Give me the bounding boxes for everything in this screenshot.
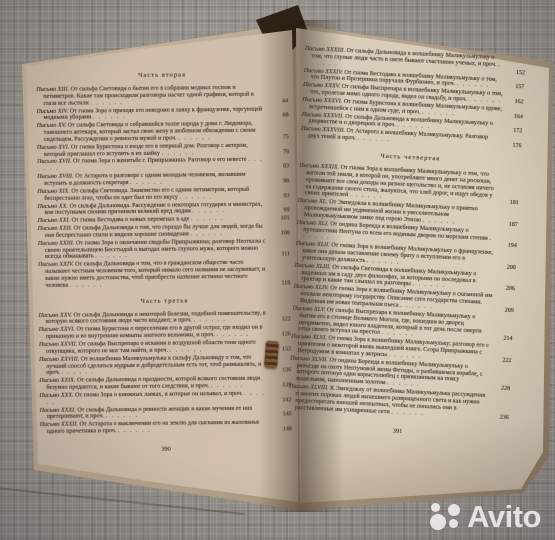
toc-entry-page: 172	[513, 128, 522, 135]
leader-dots-icon: . . . . . .	[178, 135, 211, 141]
toc-entry-page: 194	[508, 243, 517, 250]
toc-entry-label: Письмо XXVII.	[39, 342, 79, 348]
leader-dots-icon: . . . . . .	[397, 123, 430, 131]
leader-dots-icon: . . . . . .	[387, 381, 420, 389]
leader-dots-icon: . . . . . .	[357, 136, 390, 144]
leader-dots-icon: . . . . . .	[62, 370, 95, 376]
leader-dots-icon: . . . . . .	[311, 60, 501, 68]
toc-entry-label: Письмо XLVII.	[290, 355, 329, 363]
avito-dots-icon	[430, 501, 461, 532]
leader-dots-icon: . . . . . .	[303, 234, 493, 242]
toc-entry-label: Письмо XLV.	[292, 306, 327, 314]
toc-entry: Письмо XX. От сильфа Дальновида. Рассужд…	[37, 201, 289, 217]
toc-entry-page: 157	[515, 84, 524, 91]
toc-entry-label: Письмо XVII.	[37, 159, 73, 165]
leader-dots-icon: . . . . . .	[388, 352, 421, 360]
toc-entry-label: Письмо XVI.	[37, 144, 71, 150]
toc-entry: Письмо XXVII. От сильфа Выспрепара о иск…	[39, 339, 291, 355]
toc-entry-label: Письмо XLI.	[297, 220, 331, 228]
toc-entry-label: Письмо XL.	[298, 198, 330, 205]
toc-entry-page: 164	[514, 114, 523, 121]
toc-entry-text: Письмо XXX. От гнома Зора о книжных лавк…	[39, 390, 270, 406]
toc-entry-page: 111	[281, 252, 290, 259]
toc-column-left: Часть втораяПисьмо XIII. От сильфа Свето…	[36, 61, 292, 454]
toc-entry-page: 126	[282, 332, 291, 339]
toc-entry-page: 90	[283, 178, 289, 185]
leader-dots-icon: . . . . . .	[95, 253, 128, 259]
toc-entry: Письмо XXII. От сильфа Дальновида о том,…	[38, 223, 290, 239]
toc-entry-label: Письмо XXXIII.	[305, 46, 347, 54]
toc-entry-text: Письмо XVII. От гнома Зора о женитьбе г.…	[37, 157, 268, 173]
toc-entry: Письмо XV. От сильфа Световида о собравш…	[37, 121, 289, 144]
toc-entry-page: 228	[501, 386, 510, 393]
toc-entry-page: 206	[506, 286, 515, 293]
leader-dots-icon: . . . . . .	[193, 317, 226, 323]
leader-dots-icon: . . . . . .	[400, 303, 433, 311]
leader-dots-icon: . . . . . .	[191, 216, 224, 222]
leader-dots-icon: . . . . . .	[170, 347, 203, 353]
leader-dots-icon: . . . . . .	[423, 218, 456, 226]
leader-dots-icon: . . . . . .	[70, 282, 103, 288]
toc-entry-page: 236	[500, 414, 509, 421]
toc-entry-page: 64	[282, 98, 288, 105]
toc-section-heading: Часть вторая	[36, 70, 288, 81]
toc-entry-text: Письмо XX. От сильфа Дальновида. Рассужд…	[37, 201, 268, 217]
toc-entry-label: Письмо XXXV.	[303, 82, 342, 90]
leader-dots-icon: . . . . . .	[381, 330, 414, 338]
toc-entry-text: Письмо XXXII. От Астарота о выключении е…	[40, 420, 271, 436]
toc-entry-page: 162	[514, 99, 523, 106]
toc-entry-label: Письмо XXXVII.	[302, 112, 346, 120]
toc-entry-label: Письмо XIV.	[36, 108, 69, 114]
toc-entry: Письмо XXVI. От гнома Буристона о пересе…	[39, 325, 291, 341]
toc-entry-label: Письмо XXIV.	[38, 262, 75, 268]
leader-dots-icon: . . . . . .	[179, 194, 212, 200]
toc-entry-page: 222	[502, 358, 511, 365]
leader-dots-icon: . . . . . .	[130, 180, 163, 186]
toc-entry: Письмо XXVIII. От волшебника Маликульмул…	[39, 354, 291, 377]
toc-entry-label: Письмо XXXII.	[40, 422, 80, 428]
toc-entry-label: Письмо XXXVIII.	[301, 126, 347, 134]
toc-entry-page: 101	[281, 216, 290, 223]
toc-entry: Письмо XIII. От сильфа Световида о бытии…	[36, 84, 288, 107]
leader-dots-icon: . . . . . .	[90, 100, 123, 106]
toc-entry: Письмо XVII. От гнома Зора о женитьбе г.…	[37, 157, 289, 173]
leader-dots-icon: . . . . . .	[190, 231, 223, 237]
toc-entry-page: 176	[512, 143, 521, 150]
toc-entry: Письмо XXIV. От сильфа Дальновида о том,…	[38, 260, 290, 290]
toc-entry-label: Письмо XLII.	[296, 241, 332, 249]
toc-entry-label: Письмо XXX.	[39, 393, 75, 399]
toc-entry-label: Письмо XV.	[37, 123, 68, 129]
toc-entry-label: Письмо XXXVI.	[302, 97, 344, 105]
toc-entry-label: Письмо XLIV.	[293, 284, 330, 292]
toc-entry-text: Письмо XIX. От сильфа Световида. Знакомс…	[37, 186, 268, 202]
leader-dots-icon: . . . . . .	[391, 409, 424, 417]
toc-entry: Письмо XVIII. От Астарота о разговоре с …	[37, 171, 289, 187]
toc-entry-label: Письмо XXXIV.	[304, 68, 345, 76]
toc-entry-text: Письмо XXV. От сильфа Дальновида о некот…	[39, 310, 270, 326]
toc-entry-text: Письмо XXIII. От гнома Зора о окончании …	[38, 238, 269, 261]
toc-entry: Письмо XXXII. От Астарота о выключении е…	[40, 420, 292, 436]
toc-entry-page: 187	[509, 222, 518, 229]
toc-entry-page: 118	[281, 280, 290, 287]
toc-entry-label: Письмо XXIX.	[39, 378, 77, 384]
toc-entry: Письмо XXX. От гнома Зора о книжных лавк…	[39, 390, 291, 406]
toc-entry-text: Письмо XXXI. От сильфа Дальновида о ревн…	[40, 405, 271, 421]
toc-entry-text: Письмо XIII. От сильфа Световида о бытии…	[36, 85, 267, 108]
toc-entry-page: 93	[283, 193, 289, 200]
toc-entry-text: Письмо XXIV. От сильфа Дальновида о том,…	[38, 260, 269, 290]
toc-entry-text: Письмо XXVIII. От волшебника Маликульмул…	[39, 354, 270, 377]
toc-entry-label: Письмо XXVIII.	[39, 356, 81, 362]
leader-dots-icon: . . . . . .	[118, 428, 151, 434]
leader-dots-icon: . . . . . .	[44, 157, 263, 172]
toc-entry-label: Письмо XXXI.	[40, 407, 78, 413]
leader-dots-icon: . . . . . .	[106, 413, 139, 419]
toc-entry-page: 79	[283, 149, 289, 156]
toc-entry: Письмо XIX. От сильфа Световида. Знакомс…	[37, 186, 289, 202]
toc-entry-label: Письмо XXI.	[38, 218, 72, 224]
leader-dots-icon: . . . . . .	[216, 332, 249, 338]
toc-entry-page: 122	[282, 317, 291, 324]
toc-entry-page: 209	[505, 308, 514, 315]
leader-dots-icon: . . . . . .	[211, 383, 244, 389]
toc-entry-page: 75	[283, 134, 289, 141]
toc-column-right: Письмо XXXIII. От сильфа Дальновида к во…	[287, 46, 526, 439]
toc-entry-text: Письмо XIV. От гнома Зора о приходе его …	[36, 106, 267, 122]
toc-entry: Письмо XXIX. От сильфа Дальновида о праз…	[39, 376, 291, 392]
leader-dots-icon: . . . . . .	[350, 193, 383, 201]
leader-dots-icon: . . . . . .	[457, 82, 490, 90]
leader-dots-icon: . . . . . .	[47, 391, 266, 406]
leader-dots-icon: . . . . . .	[367, 258, 400, 266]
leader-dots-icon: . . . . . .	[412, 282, 445, 290]
leader-dots-icon: . . . . . .	[192, 208, 225, 214]
toc-entry-text: Письмо XV. От сильфа Световида о собравш…	[37, 121, 268, 144]
toc-entry-text: Письмо XXII. От сильфа Дальновида о том,…	[38, 224, 269, 240]
toc-entry-page: 200	[507, 265, 516, 272]
toc-entry-page: 152	[516, 70, 525, 77]
toc-entry-label: Письмо XXV.	[39, 312, 74, 318]
toc-entry-text: Письмо XXVI. От гнома Буристона о пересе…	[39, 325, 270, 341]
avito-wordmark: Avito	[467, 501, 541, 532]
avito-watermark: Avito	[430, 501, 541, 532]
toc-entry-label: Письмо XXXIX.	[299, 163, 341, 171]
toc-entry-label: Письмо XIII.	[36, 87, 70, 93]
leader-dots-icon: . . . . . .	[468, 97, 501, 105]
toc-entry-label: Письмо XIX.	[37, 188, 71, 194]
toc-entry-page: 83	[283, 164, 289, 171]
toc-entry-label: Письмо XLIII.	[295, 263, 333, 271]
toc-entry-text: Письмо XVIII. От Астарота о разговоре с …	[37, 172, 268, 188]
toc-entry-page: 99	[284, 208, 290, 215]
toc-entry-page: 68	[283, 113, 289, 120]
leader-dots-icon: . . . . . .	[162, 150, 195, 156]
toc-entry-label: Письмо XX.	[37, 203, 69, 209]
toc-entry-label: Письмо XXII.	[38, 226, 74, 232]
toc-entry-label: Письмо XLVI.	[291, 334, 328, 342]
toc-entry-page: 214	[503, 336, 512, 343]
toc-entry-page: 108	[281, 230, 290, 237]
toc-entry-label: Письмо XLVIII.	[289, 384, 330, 392]
leader-dots-icon: . . . . . .	[422, 109, 455, 117]
leader-dots-icon: . . . . . .	[93, 114, 126, 120]
toc-entry-label: Письмо XXIII.	[38, 240, 76, 246]
photo-of-open-book: Часть втораяПисьмо XIII. От сильфа Свето…	[0, 0, 555, 540]
toc-section-heading: Часть третья	[38, 296, 290, 307]
toc-entry-page: 181	[510, 200, 519, 207]
toc-entry-text: Письмо XXVII. От сильфа Выспрепара о иск…	[39, 340, 270, 356]
toc-entry-text: Письмо XXIX. От сильфа Дальновида о праз…	[39, 376, 270, 392]
toc-entry-label: Письмо XXVI.	[39, 327, 77, 333]
toc-entry-label: Письмо XVIII.	[37, 174, 75, 180]
toc-entry: Письмо XXIII. От гнома Зора о окончании …	[38, 238, 290, 261]
